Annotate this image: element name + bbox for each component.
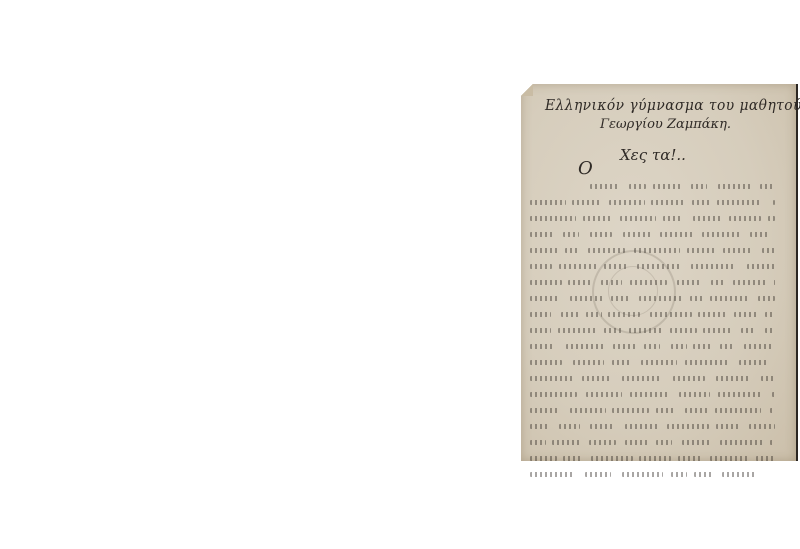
- handwritten-line: [530, 306, 780, 322]
- document-title-line-2: Γεωργίου Ζαμπάκη.: [600, 117, 731, 132]
- folded-corner: [521, 84, 533, 96]
- handwritten-line: [530, 274, 780, 290]
- handwritten-line: [530, 434, 780, 450]
- handwritten-line: [530, 290, 780, 306]
- handwritten-line: [530, 386, 780, 402]
- handwritten-line: [530, 450, 780, 466]
- handwritten-line: [530, 402, 780, 418]
- document-title-line-1: Ελληνικόν γύμνασμα του μαθητού: [545, 96, 800, 114]
- handwritten-line: [530, 322, 780, 338]
- handwritten-line: [530, 466, 780, 482]
- handwritten-line: [530, 418, 780, 434]
- handwritten-line: [530, 242, 780, 258]
- handwritten-line: [530, 354, 780, 370]
- handwritten-body: [530, 178, 780, 482]
- initial-letter: Ο: [578, 158, 593, 179]
- handwritten-line: [530, 210, 780, 226]
- document-heading: Χες τα!..: [620, 146, 686, 164]
- handwritten-line: [530, 370, 780, 386]
- page-binding-edge: [796, 84, 798, 461]
- handwritten-line: [530, 194, 780, 210]
- handwritten-line: [530, 258, 780, 274]
- handwritten-line: [530, 226, 780, 242]
- handwritten-line: [530, 338, 780, 354]
- handwritten-line: [530, 178, 780, 194]
